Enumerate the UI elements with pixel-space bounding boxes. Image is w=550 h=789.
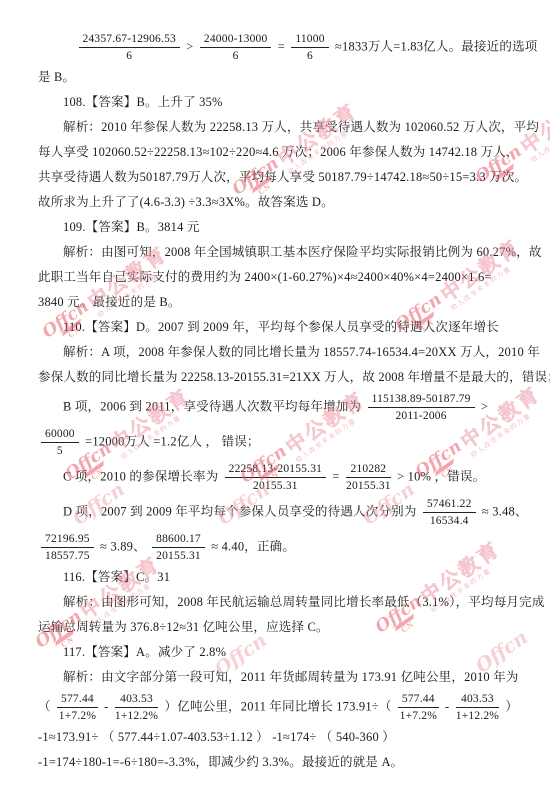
text-run: >	[478, 399, 489, 413]
text-line: 参保人数的同比增长量为 22258.13-20155.31=21XX 万人，故 …	[38, 365, 516, 390]
text-line: （ 577.441+7.2% - 403.531+12.2% ）亿吨公里，201…	[38, 690, 516, 725]
fraction: 24357.67-12906.536	[77, 32, 182, 63]
text-run: （	[38, 699, 54, 713]
text-run: 是 B。	[38, 70, 75, 84]
text-run: 116.【答案】C。31	[63, 570, 170, 584]
text-run: 解析：2010 年参保人数为 22258.13 万人，共享受待遇人数为 1020…	[63, 120, 539, 134]
text-line: 每人享受 102060.52÷22258.13≈102÷220≈4.6 万次；2…	[38, 140, 516, 165]
fraction: 577.441+7.2%	[396, 692, 441, 723]
fraction-numerator: 88600.17	[152, 532, 205, 548]
fraction: 21028220155.31	[344, 462, 393, 493]
text-run: -	[101, 699, 112, 713]
text-line: 解析：由图形可知，2008 年民航运输总周转量同比增长率最低（3.1%），平均每…	[38, 590, 516, 615]
text-line: 是 B。	[38, 65, 516, 90]
fraction-denominator: 1+7.2%	[57, 708, 98, 723]
text-line: -1=174÷180-1=-6÷180=-3.3%，即减少约 3.3%。最接近的…	[38, 750, 516, 775]
text-line: 共享受待遇人数为50187.79万人次，平均每人享受 50187.79÷1474…	[38, 165, 516, 190]
text-run: 故所求为上升了了(4.6-3.3) ÷3.3≈3X%。故答案选 D。	[38, 195, 334, 209]
text-line: 此职工当年自己实际支付的费用约为 2400×(1-60.27%)×4≈2400×…	[38, 265, 516, 290]
text-run: > 10% ，错误。	[394, 469, 486, 483]
fraction-numerator: 24000-13000	[200, 32, 272, 48]
fraction-numerator: 11000	[291, 32, 328, 48]
text-run: =	[274, 39, 288, 53]
text-run: ≈1833万人=1.83亿人。最接近的选项	[332, 39, 538, 53]
text-line: -1≈173.91÷ （ 577.44÷1.07-403.53÷1.12 ） -…	[38, 725, 516, 750]
text-run: ）亿吨公里，2011 年同比增长 173.91÷（	[161, 699, 395, 713]
text-run: =12000万人 =1.2亿人 ， 错误；	[82, 434, 260, 448]
text-run: =	[329, 469, 343, 483]
fraction-numerator: 403.53	[456, 692, 499, 708]
text-line: B 项，2006 到 2011，享受待遇人次数平均每年增加为 115138.89…	[38, 390, 516, 425]
text-line: 72196.9518557.75 ≈ 3.89、 88600.1720155.3…	[38, 530, 516, 565]
text-run: 此职工当年自己实际支付的费用约为 2400×(1-60.27%)×4≈2400×…	[38, 270, 492, 284]
text-run: 109.【答案】B。3814 元	[63, 220, 200, 234]
text-run: 108.【答案】B。上升了 35%	[63, 95, 223, 109]
fraction: 22258.13-20155.3120155.31	[223, 462, 328, 493]
fraction-numerator: 72196.95	[41, 532, 94, 548]
text-run: -	[442, 699, 453, 713]
fraction: 24000-130006	[198, 32, 274, 63]
fraction-denominator: 6	[79, 48, 180, 63]
text-line: 解析：由图可知，2008 年全国城镇职工基本医疗保险平均实际报销比例为 60.2…	[38, 240, 516, 265]
text-line: 运输总周转量为 376.8÷12≈31 亿吨公里，应选择 C。	[38, 615, 516, 640]
text-line: 解析：A 项，2008 年参保人数的同比增长量为 18557.74-16534.…	[38, 340, 516, 365]
text-run: ）	[502, 699, 518, 713]
fraction-denominator: 20155.31	[346, 478, 391, 493]
fraction-denominator: 1+12.2%	[115, 708, 158, 723]
text-line: 3840 元。最接近的是 B。	[38, 290, 516, 315]
text-run: 3840 元。最接近的是 B。	[38, 295, 181, 309]
fraction-denominator: 6	[291, 48, 328, 63]
fraction-numerator: 24357.67-12906.53	[79, 32, 180, 48]
document-content: 24357.67-12906.536 > 24000-130006 = 1100…	[0, 0, 550, 775]
text-run: 解析：A 项，2008 年参保人数的同比增长量为 18557.74-16534.…	[63, 345, 540, 359]
text-line: 109.【答案】B。3814 元	[38, 215, 516, 240]
fraction-denominator: 6	[200, 48, 272, 63]
text-run: 参保人数的同比增长量为 22258.13-20155.31=21XX 万人，故 …	[38, 370, 550, 384]
fraction-numerator: 22258.13-20155.31	[225, 462, 326, 478]
document-page: OffcnCN中公教育给人改变未来的力量OffcnCN中公教育给人改变未来的力量…	[0, 0, 550, 789]
fraction-denominator: 20155.31	[152, 548, 205, 563]
fraction-numerator: 577.44	[57, 692, 98, 708]
fraction: 72196.9518557.75	[39, 532, 96, 563]
fraction: 403.531+12.2%	[454, 692, 501, 723]
text-run: 运输总周转量为 376.8÷12≈31 亿吨公里，应选择 C。	[38, 620, 329, 634]
text-run: 解析：由文字部分第一段可知，2011 年货邮周转量为 173.91 亿吨公里，2…	[63, 670, 519, 684]
text-run: -1≈173.91÷ （ 577.44÷1.07-403.53÷1.12 ） -…	[38, 730, 395, 744]
fraction-denominator: 16534.4	[423, 513, 476, 528]
text-run: D 项，2007 到 2009 年平均每个参保人员享受的待遇人次分别为	[63, 504, 420, 518]
text-line: 117.【答案】A。减少了 2.8%	[38, 640, 516, 665]
text-line: C 项，2010 的参保增长率为 22258.13-20155.3120155.…	[38, 460, 516, 495]
text-run: 110.【答案】D。2007 到 2009 年，平均每个参保人员享受的待遇人次逐…	[63, 320, 499, 334]
text-run: ≈ 4.40，正确。	[208, 539, 295, 553]
fraction: 88600.1720155.31	[150, 532, 207, 563]
text-run: 117.【答案】A。减少了 2.8%	[63, 645, 226, 659]
fraction-numerator: 60000	[41, 427, 79, 443]
text-run: 解析：由图可知，2008 年全国城镇职工基本医疗保险平均实际报销比例为 60.2…	[63, 245, 542, 259]
text-line: 600005 =12000万人 =1.2亿人 ， 错误；	[38, 425, 516, 460]
text-run: -1=174÷180-1=-6÷180=-3.3%，即减少约 3.3%。最接近的…	[38, 755, 403, 769]
text-run: ≈ 3.89、	[97, 539, 149, 553]
text-line: 24357.67-12906.536 > 24000-130006 = 1100…	[38, 30, 516, 65]
fraction: 110006	[289, 32, 330, 63]
text-line: 解析：2010 年参保人数为 22258.13 万人，共享受待遇人数为 1020…	[38, 115, 516, 140]
text-line: 116.【答案】C。31	[38, 565, 516, 590]
fraction-denominator: 1+12.2%	[456, 708, 499, 723]
fraction-numerator: 115138.89-50187.79	[368, 392, 475, 408]
fraction: 57461.2216534.4	[421, 497, 478, 528]
fraction-numerator: 403.53	[115, 692, 158, 708]
text-run: ≈ 3.48、	[479, 504, 528, 518]
text-run: 解析：由图形可知，2008 年民航运输总周转量同比增长率最低（3.1%），平均每…	[63, 595, 545, 609]
text-run: >	[183, 39, 197, 53]
fraction-denominator: 2011-2006	[368, 408, 475, 423]
text-line: D 项，2007 到 2009 年平均每个参保人员享受的待遇人次分别为 5746…	[38, 495, 516, 530]
fraction-denominator: 5	[41, 443, 79, 458]
text-line: 故所求为上升了了(4.6-3.3) ÷3.3≈3X%。故答案选 D。	[38, 190, 516, 215]
text-line: 解析：由文字部分第一段可知，2011 年货邮周转量为 173.91 亿吨公里，2…	[38, 665, 516, 690]
fraction: 600005	[39, 427, 81, 458]
text-run: B 项，2006 到 2011，享受待遇人次数平均每年增加为	[63, 399, 365, 413]
text-run: C 项，2010 的参保增长率为	[63, 469, 222, 483]
fraction-denominator: 20155.31	[225, 478, 326, 493]
fraction: 403.531+12.2%	[113, 692, 160, 723]
fraction: 577.441+7.2%	[55, 692, 100, 723]
fraction-denominator: 18557.75	[41, 548, 94, 563]
text-line: 110.【答案】D。2007 到 2009 年，平均每个参保人员享受的待遇人次逐…	[38, 315, 516, 340]
fraction-numerator: 57461.22	[423, 497, 476, 513]
text-run: 每人享受 102060.52÷22258.13≈102÷220≈4.6 万次；2…	[38, 145, 519, 159]
fraction: 115138.89-50187.792011-2006	[366, 392, 477, 423]
fraction-denominator: 1+7.2%	[398, 708, 439, 723]
text-run: 共享受待遇人数为50187.79万人次，平均每人享受 50187.79÷1474…	[38, 170, 527, 184]
text-line: 108.【答案】B。上升了 35%	[38, 90, 516, 115]
fraction-numerator: 210282	[346, 462, 391, 478]
fraction-numerator: 577.44	[398, 692, 439, 708]
